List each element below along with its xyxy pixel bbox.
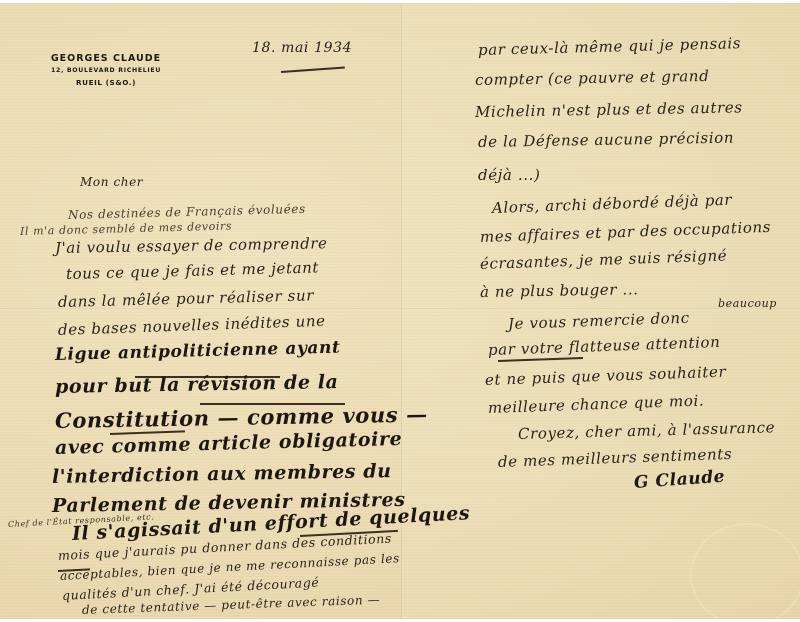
letterhead-address: 12, BOULEVARD RICHELIEU (40, 68, 172, 74)
letterhead-name: GEORGES CLAUDE (40, 54, 172, 64)
right-line-5: déjà ...) (478, 166, 540, 184)
paper-watermark (690, 523, 800, 619)
salutation: Mon cher (80, 175, 143, 189)
letterhead: GEORGES CLAUDE 12, BOULEVARD RICHELIEU R… (40, 54, 172, 86)
letter-date: 18. mai 1934 (252, 40, 352, 56)
letter-sheet: GEORGES CLAUDE 12, BOULEVARD RICHELIEU R… (0, 3, 800, 619)
right-p2-line-4: à ne plus bouger ... (480, 280, 639, 301)
letterhead-city: RUEIL (S&O.) (40, 79, 172, 86)
insert-beaucoup: beaucoup (718, 297, 777, 310)
